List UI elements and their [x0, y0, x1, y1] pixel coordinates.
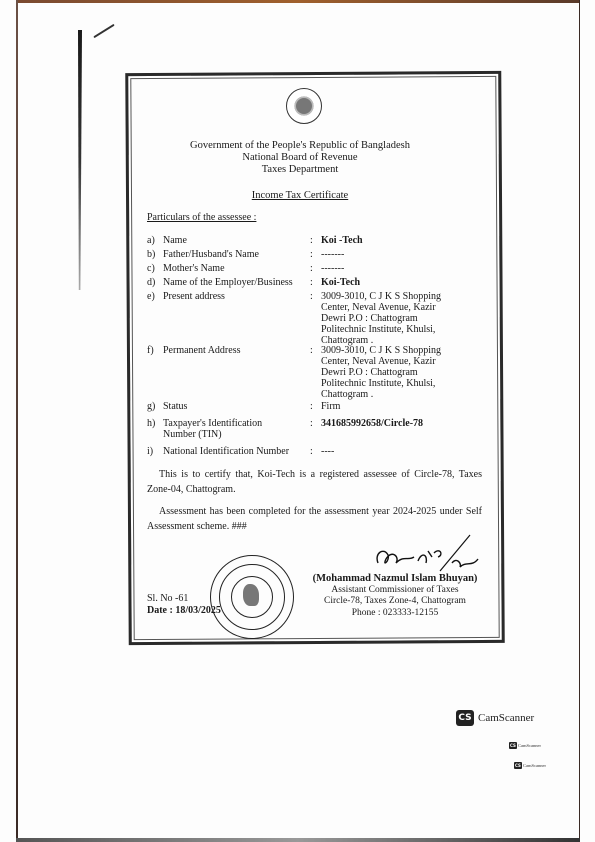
separator-colon: : [310, 345, 313, 356]
particular-label: Present address [163, 291, 303, 302]
particular-label: Father/Husband's Name [163, 249, 303, 260]
page-edge-bottom [16, 838, 580, 842]
particular-value: ------- [321, 249, 491, 260]
particular-label: Name [163, 235, 303, 246]
camscanner-logo-icon: CS [456, 710, 474, 726]
serial-number: Sl. No -61 [147, 593, 221, 605]
serial-date-block: Sl. No -61 Date : 18/03/2025 [147, 593, 221, 617]
camscanner-watermark: CS CamScanner [456, 710, 534, 726]
particular-value: ------- [321, 263, 491, 274]
particular-label: National Identification Number [163, 446, 303, 457]
officer-title: Assistant Commissioner of Taxes [300, 585, 490, 597]
particulars-heading: Particulars of the assessee : [147, 212, 256, 223]
separator-colon: : [310, 401, 313, 412]
signature-icon [370, 533, 485, 573]
certification-paragraph: This is to certify that, Koi-Tech is a r… [147, 467, 482, 497]
separator-colon: : [310, 235, 313, 246]
particular-value: 3009-3010, C J K S Shopping Center, Neva… [321, 345, 461, 400]
officer-phone: Phone : 023333-12155 [300, 608, 490, 620]
particular-label: Status [163, 401, 303, 412]
particular-label: Name of the Employer/Business [163, 277, 303, 288]
government-emblem-icon [286, 88, 322, 124]
particular-index: h) [147, 418, 161, 429]
header-board: National Board of Revenue [180, 152, 420, 164]
particular-value: Koi-Tech [321, 277, 491, 288]
camscanner-text: CamScanner [478, 712, 534, 724]
camscanner-text: CamScanner [518, 743, 541, 748]
particular-index: e) [147, 291, 161, 302]
particular-index: b) [147, 249, 161, 260]
separator-colon: : [310, 277, 313, 288]
certificate-header: Government of the People's Republic of B… [180, 140, 420, 176]
paper-fold-shadow [78, 30, 82, 290]
particular-index: i) [147, 446, 161, 457]
particular-index: c) [147, 263, 161, 274]
separator-colon: : [310, 291, 313, 302]
particular-value: 3009-3010, C J K S Shopping Center, Neva… [321, 291, 461, 346]
pen-mark [93, 24, 114, 38]
official-seal-icon [210, 555, 294, 639]
particular-value: ---- [321, 446, 491, 457]
camscanner-logo-icon: CS [514, 762, 522, 769]
particular-value: 341685992658/Circle-78 [321, 418, 491, 429]
particular-index: f) [147, 345, 161, 356]
particular-label: Taxpayer's Identification Number (TIN) [163, 418, 288, 440]
page-edge-left [16, 0, 18, 842]
camscanner-text: CamScanner [523, 763, 546, 768]
separator-colon: : [310, 446, 313, 457]
certificate-title: Income Tax Certificate [180, 190, 420, 201]
particular-index: a) [147, 235, 161, 246]
assessment-paragraph: Assessment has been completed for the as… [147, 504, 482, 534]
officer-name: (Mohammad Nazmul Islam Bhuyan) [300, 573, 490, 585]
particular-index: g) [147, 401, 161, 412]
camscanner-watermark-small: CS CamScanner [514, 762, 546, 769]
issue-date: Date : 18/03/2025 [147, 605, 221, 617]
separator-colon: : [310, 418, 313, 429]
particular-value: Koi -Tech [321, 235, 491, 246]
camscanner-logo-icon: CS [509, 742, 517, 749]
particular-label: Mother's Name [163, 263, 303, 274]
separator-colon: : [310, 249, 313, 260]
particular-index: d) [147, 277, 161, 288]
officer-office: Circle-78, Taxes Zone-4, Chattogram [300, 596, 490, 608]
page-edge-top [16, 0, 580, 3]
camscanner-watermark-small: CS CamScanner [509, 742, 541, 749]
particular-value: Firm [321, 401, 491, 412]
particular-label: Permanent Address [163, 345, 303, 356]
header-department: Taxes Department [180, 164, 420, 176]
officer-block: (Mohammad Nazmul Islam Bhuyan) Assistant… [300, 573, 490, 619]
header-government: Government of the People's Republic of B… [180, 140, 420, 152]
separator-colon: : [310, 263, 313, 274]
page-edge-right [579, 0, 580, 842]
